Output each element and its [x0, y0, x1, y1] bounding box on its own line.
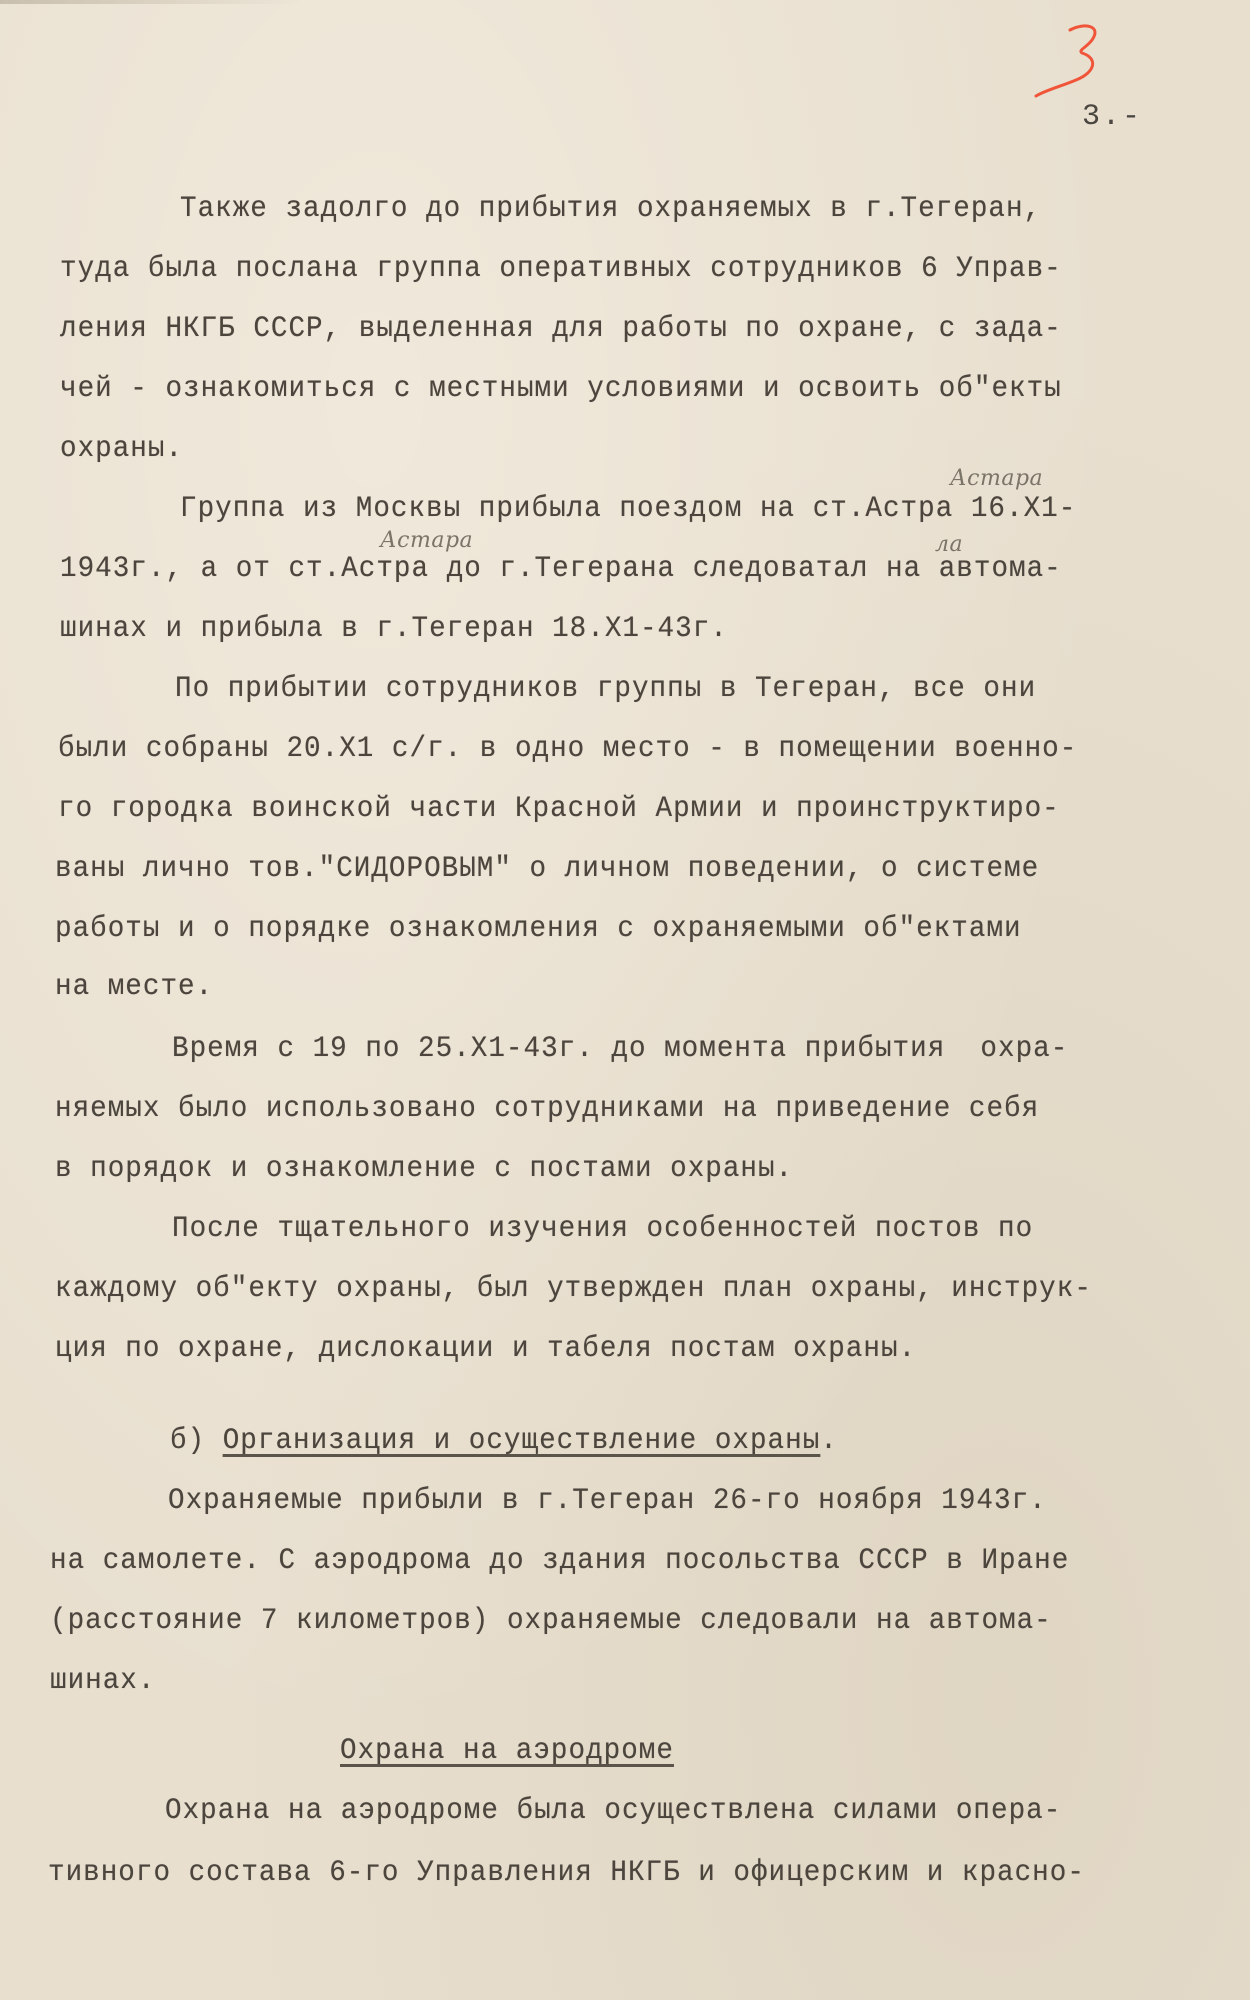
text-line: го городка воинской части Красной Армии …: [58, 792, 1060, 826]
section-suffix: .: [820, 1424, 838, 1458]
text-line: каждому об"екту охраны, был утвержден пл…: [55, 1272, 1092, 1306]
text-line: ваны лично тов."СИДОРОВЫМ" о личном пове…: [55, 852, 1039, 886]
text-line: тивного состава 6-го Управления НКГБ и о…: [48, 1856, 1085, 1890]
text-line: шинах.: [50, 1664, 155, 1698]
text-line: 1943г., а от ст.Астра до г.Тегерана след…: [60, 552, 1062, 586]
handwritten-note-astara: Астара: [380, 528, 473, 553]
text-line: (расстояние 7 километров) охраняемые сле…: [50, 1604, 1052, 1638]
section-heading-b: б) Организация и осуществление охраны.: [170, 1424, 838, 1458]
document-page: 3.- Также задолго до прибытия охраняемых…: [0, 0, 1250, 2000]
text-line: няемых было использовано сотрудниками на…: [55, 1092, 1039, 1126]
text-line: ция по охране, дислокации и табеля поста…: [55, 1332, 916, 1366]
text-line: По прибытии сотрудников группы в Тегеран…: [175, 672, 1036, 706]
text-line: туда была послана группа оперативных сот…: [60, 252, 1062, 286]
text-line: Время с 19 по 25.Х1-43г. до момента приб…: [172, 1032, 1068, 1066]
text-line: в порядок и ознакомление с постами охран…: [55, 1152, 793, 1186]
text-line: были собраны 20.Х1 с/г. в одно место - в…: [58, 732, 1077, 766]
subheading-airfield: Охрана на аэродроме: [340, 1734, 674, 1768]
text-line: Охраняемые прибыли в г.Тегеран 26-го ноя…: [168, 1484, 1047, 1518]
section-prefix: б): [170, 1424, 223, 1458]
text-line: на месте.: [55, 970, 213, 1004]
paper-edge: [0, 0, 300, 4]
text-line: ления НКГБ СССР, выделенная для работы п…: [60, 312, 1062, 346]
text-line: охраны.: [60, 432, 183, 466]
section-title: Организация и осуществление охраны: [223, 1424, 821, 1458]
text-line: Также задолго до прибытия охраняемых в г…: [180, 192, 1041, 226]
text-line: работы и о порядке ознакомления с охраня…: [55, 912, 1022, 946]
text-line: на самолете. С аэродрома до здания посол…: [50, 1544, 1069, 1578]
typed-page-number: 3.-: [1082, 100, 1142, 134]
text-line: После тщательного изучения особенностей …: [172, 1212, 1033, 1246]
text-line: чей - ознакомиться с местными условиями …: [60, 372, 1062, 406]
handwritten-note-astara: Астара: [950, 466, 1043, 491]
text-line: шинах и прибыла в г.Тегеран 18.Х1-43г.: [60, 612, 728, 646]
text-line: Охрана на аэродроме была осуществлена си…: [165, 1794, 1061, 1828]
archive-page-number-handwritten: [1030, 20, 1120, 100]
text-line: Группа из Москвы прибыла поездом на ст.А…: [180, 492, 1076, 526]
